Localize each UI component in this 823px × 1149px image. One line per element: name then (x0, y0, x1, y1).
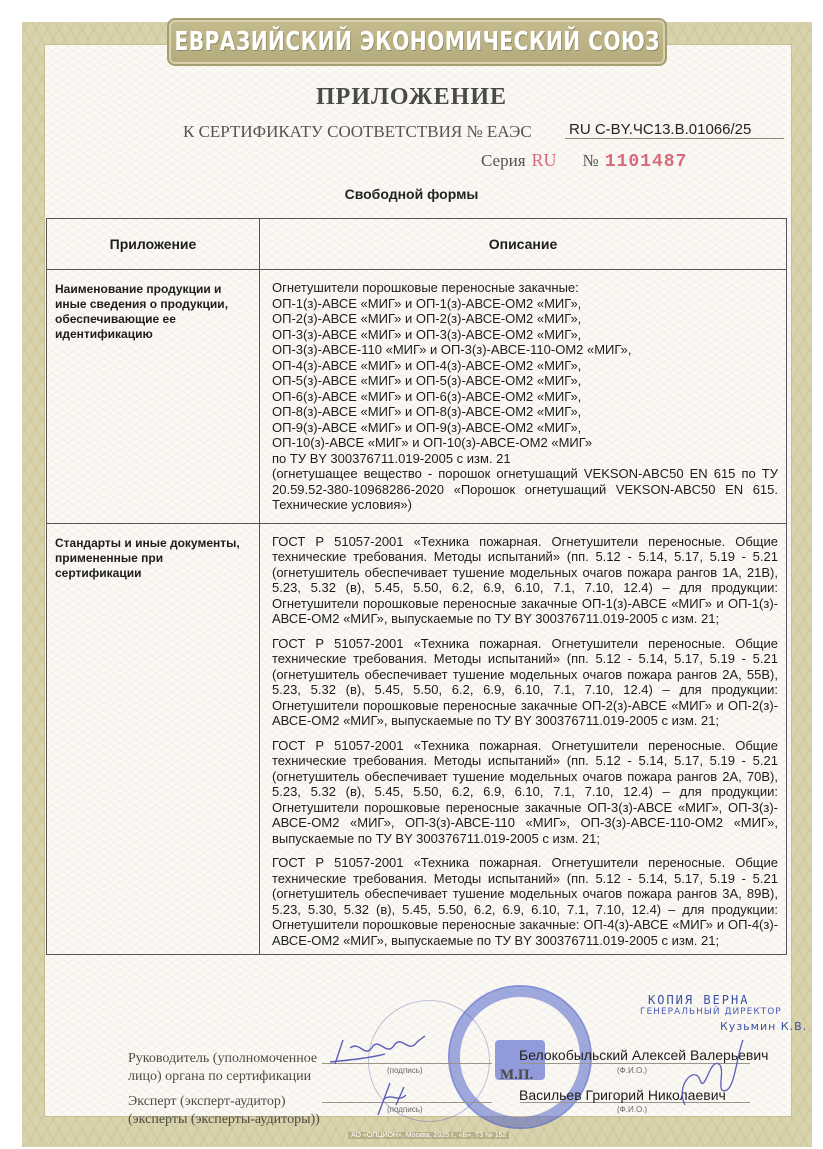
expert-label-line1: Эксперт (эксперт-аудитор) (128, 1093, 320, 1111)
eaeu-banner: ЕВРАЗИЙСКИЙ ЭКОНОМИЧЕСКИЙ СОЮЗ (167, 18, 667, 66)
desc-line: Огнетушители порошковые переносные закач… (272, 280, 778, 296)
series-label: Серия (481, 151, 526, 170)
standard-block: ГОСТ Р 51057-2001 «Техника пожарная. Огн… (272, 534, 778, 627)
desc-line: (огнетушащее вещество - порошок огнетуша… (272, 466, 778, 513)
director-name-stamp: Кузьмин К.В. (720, 1020, 807, 1033)
row-desc-product: Огнетушители порошковые переносные закач… (260, 270, 787, 524)
table-header-row: Приложение Описание (47, 219, 787, 270)
certificate-number: RU С-BY.ЧС13.В.01066/25 (565, 121, 784, 139)
director-position-stamp: ГЕНЕРАЛЬНЫЙ ДИРЕКТОР (640, 1007, 782, 1017)
desc-line: ОП-6(з)-АВСЕ «МИГ» и ОП-6(з)-АВСЕ-ОМ2 «М… (272, 389, 778, 405)
head-label: Руководитель (уполномоченное лицо) орган… (128, 1050, 317, 1086)
copy-true-stamp: КОПИЯ ВЕРНА (648, 993, 749, 1007)
desc-line: по ТУ BY 300376711.019-2005 с изм. 21 (272, 451, 778, 467)
head-label-line2: лицо) органа по сертификации (128, 1068, 317, 1086)
row-desc-standards: ГОСТ Р 51057-2001 «Техника пожарная. Огн… (260, 523, 787, 955)
number-label: № (583, 151, 599, 170)
standard-block: ГОСТ Р 51057-2001 «Техника пожарная. Огн… (272, 855, 778, 948)
desc-line: ОП-10(з)-АВСЕ «МИГ» и ОП-10(з)-АВСЕ-ОМ2 … (272, 435, 778, 451)
expert-label-line2: (эксперты (эксперты-аудиторы)) (128, 1111, 320, 1129)
certificate-label: К СЕРТИФИКАТУ СООТВЕТСТВИЯ № ЕАЭС (183, 122, 532, 142)
desc-line: ОП-5(з)-АВСЕ «МИГ» и ОП-5(з)-АВСЕ-ОМ2 «М… (272, 373, 778, 389)
table-row-product: Наименование продукции и иные сведения о… (47, 270, 787, 524)
row-label-standards: Стандарты и иные документы, примененные … (47, 523, 260, 955)
form-type: Свободной формы (0, 186, 823, 202)
standard-block: ГОСТ Р 51057-2001 «Техника пожарная. Огн… (272, 738, 778, 847)
desc-line: ОП-4(з)-АВСЕ «МИГ» и ОП-4(з)-АВСЕ-ОМ2 «М… (272, 358, 778, 374)
desc-line: ОП-9(з)-АВСЕ «МИГ» и ОП-9(з)-АВСЕ-ОМ2 «М… (272, 420, 778, 436)
banner-text: ЕВРАЗИЙСКИЙ ЭКОНОМИЧЕСКИЙ СОЮЗ (174, 27, 660, 57)
column-header-annex: Приложение (47, 219, 260, 270)
desc-line: ОП-1(з)-АВСЕ «МИГ» и ОП-1(з)-АВСЕ-ОМ2 «М… (272, 296, 778, 312)
printer-imprint: АО «ОПЦИОН», Москва, 2025 г., «Б», ТЗ № … (348, 1132, 509, 1139)
form-number: 1101487 (605, 152, 688, 172)
seal-mark: М.П. (500, 1067, 533, 1084)
series-value: RU (532, 150, 557, 170)
head-name-caption: (Ф.И.О.) (617, 1066, 647, 1075)
annex-table: Приложение Описание Наименование продукц… (46, 218, 787, 955)
series-line: СерияRU№1101487 (481, 150, 687, 172)
table-row-standards: Стандарты и иные документы, примененные … (47, 523, 787, 955)
column-header-description: Описание (260, 219, 787, 270)
desc-line: ОП-2(з)-АВСЕ «МИГ» и ОП-2(з)-АВСЕ-ОМ2 «М… (272, 311, 778, 327)
standard-block: ГОСТ Р 51057-2001 «Техника пожарная. Огн… (272, 636, 778, 729)
expert-name-caption: (Ф.И.О.) (617, 1105, 647, 1114)
page-title: ПРИЛОЖЕНИЕ (0, 84, 823, 111)
expert-label: Эксперт (эксперт-аудитор) (эксперты (экс… (128, 1093, 320, 1129)
expert-signature (368, 1075, 418, 1120)
head-signature (325, 1030, 435, 1070)
desc-line: ОП-8(з)-АВСЕ «МИГ» и ОП-8(з)-АВСЕ-ОМ2 «М… (272, 404, 778, 420)
director-signature (665, 1035, 745, 1115)
desc-line: ОП-3(з)-АВСЕ-110 «МИГ» и ОП-3(з)-АВСЕ-11… (272, 342, 778, 358)
desc-line: ОП-3(з)-АВСЕ «МИГ» и ОП-3(з)-АВСЕ-ОМ2 «М… (272, 327, 778, 343)
row-label-product: Наименование продукции и иные сведения о… (47, 270, 260, 524)
head-label-line1: Руководитель (уполномоченное (128, 1050, 317, 1068)
